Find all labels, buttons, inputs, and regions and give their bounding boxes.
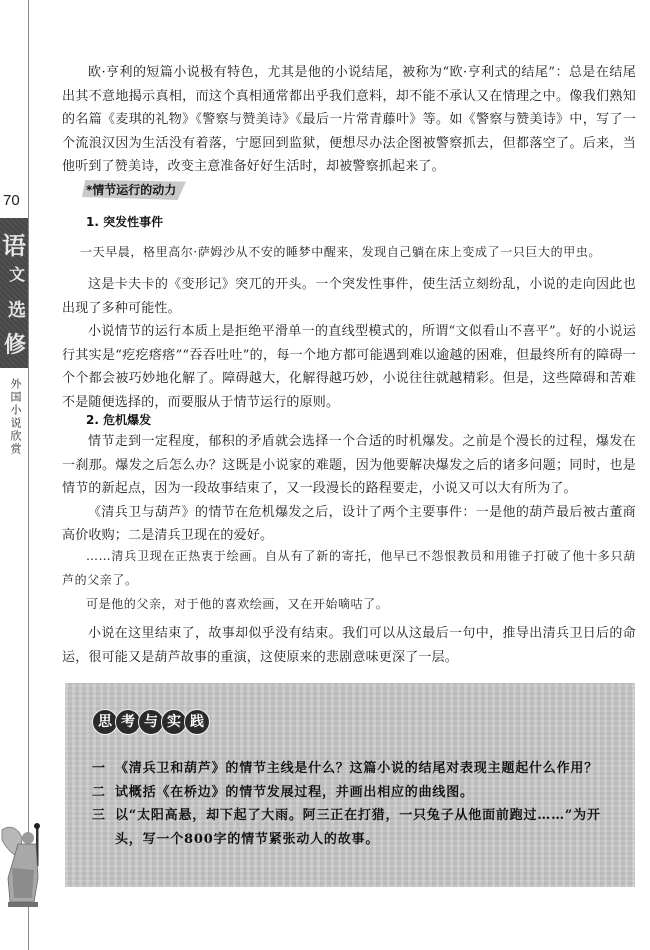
question-item: 三 以“太阳高悬，却下起了大雨。阿三正在打猎，一只兔子从他面前跑过……”为开头，… [92, 804, 612, 851]
angel-statue-icon [0, 818, 42, 910]
practice-title: 思 考 与 实 践 [92, 709, 207, 735]
paragraph-seibei: 《清兵卫与葫芦》的情节在危机爆发之后，设计了两个主要事件：一是他的葫芦最后被古董… [62, 501, 636, 548]
side-tab-char-1: 语 [2, 226, 26, 261]
side-tab: 语 文 选 修 [0, 218, 28, 368]
page-number: 70 [3, 192, 27, 209]
subsection-heading-2: 2. 危机爆发 [86, 411, 151, 428]
paragraph-crisis: 情节走到一定程度，郁积的矛盾就会选择一个合适的时机爆发。之前是个漫长的过程，爆发… [62, 430, 636, 501]
question-item: 二 试概括《在桥边》的情节发展过程，并画出相应的曲线图。 [92, 781, 612, 805]
paragraph-metamorphosis: 这是卡夫卡的《变形记》突兀的开头。一个突发性事件，使生活立刻纷乱，小说的走向因此… [62, 273, 636, 320]
side-subtitle: 外国小说欣赏 [6, 378, 22, 456]
side-tab-char-2: 文 [9, 262, 25, 285]
side-tab-char-3: 选 [8, 296, 26, 322]
gutter-rule [28, 0, 29, 950]
intro-paragraph: 欧·亨利的短篇小说极有特色，尤其是他的小说结尾，被称为“欧·亨利式的结尾”：总是… [62, 61, 636, 179]
question-text: 以“太阳高悬，却下起了大雨。阿三正在打猎，一只兔子从他面前跑过……”为开头，写一… [115, 804, 612, 851]
question-number: 一 [92, 757, 115, 781]
question-text: 试概括《在桥边》的情节发展过程，并画出相应的曲线图。 [115, 781, 612, 805]
question-item: 一 《清兵卫和葫芦》的情节主线是什么？这篇小说的结尾对表现主题起什么作用？ [92, 757, 612, 781]
question-number: 二 [92, 781, 115, 805]
paragraph-closing: 小说在这里结束了，故事却似乎没有结束。我们可以从这最后一句中，推导出清兵卫日后的… [62, 622, 636, 669]
side-tab-char-4: 修 [4, 328, 26, 359]
seibei-quote-1: ……清兵卫现在正热衷于绘画。自从有了新的寄托，他早已不怨恨教员和用锥子打破了他十… [62, 544, 636, 592]
subsection-heading-1: 1. 突发性事件 [86, 213, 163, 230]
paragraph-plot-nonlinear: 小说情节的运行本质上是拒绝平滑单一的直线型模式的，所谓“文似看山不喜平”。好的小… [62, 320, 636, 414]
question-number: 三 [92, 804, 115, 851]
practice-title-char-5: 践 [184, 709, 210, 735]
question-text: 《清兵卫和葫芦》的情节主线是什么？这篇小说的结尾对表现主题起什么作用？ [115, 757, 612, 781]
seibei-quote-2: 可是他的父亲，对于他的喜欢绘画，又在开始嘀咕了。 [62, 592, 636, 616]
question-list: 一 《清兵卫和葫芦》的情节主线是什么？这篇小说的结尾对表现主题起什么作用？ 二 … [92, 757, 612, 851]
section-title: *情节运行的动力 [86, 181, 176, 198]
kafka-quote: 一天早晨，格里高尔·萨姆沙从不安的睡梦中醒来，发现自己躺在床上变成了一只巨大的甲… [62, 240, 636, 264]
